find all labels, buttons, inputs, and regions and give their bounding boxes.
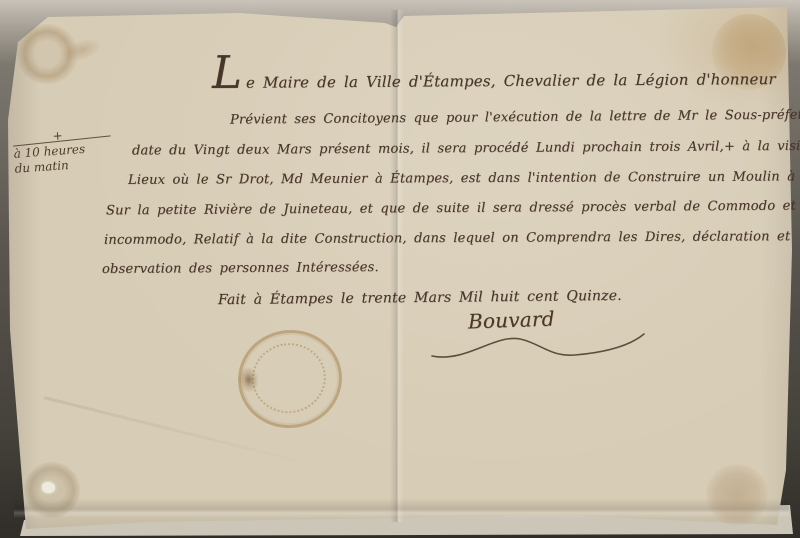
ink-stamp-inner-ring — [247, 338, 330, 418]
photo-backdrop: + à 10 heures du matin Le Maire de la Vi… — [0, 0, 800, 538]
wafer-stain-bottom-right — [706, 464, 768, 526]
fold-crease-bottom — [14, 498, 789, 518]
body-line-6: observation des personnes Intéressées. — [102, 260, 379, 277]
paper-hole — [42, 482, 55, 493]
heading-line: Le Maire de la Ville d'Étampes, Chevalie… — [212, 42, 776, 99]
signature-flourish — [420, 320, 650, 366]
